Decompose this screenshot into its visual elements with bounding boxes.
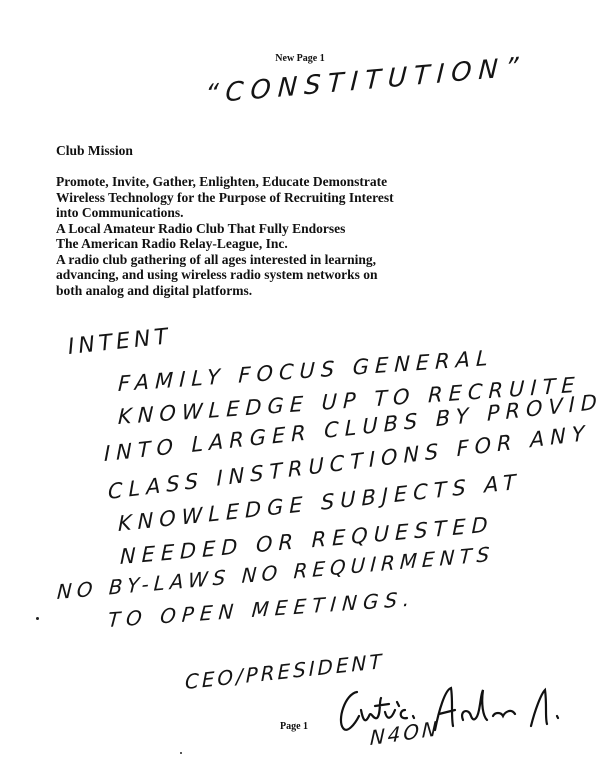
section-heading-club-mission: Club Mission [56,143,133,159]
handwritten-intent-label: INTENT [67,324,173,360]
mission-line: The American Radio Relay-League, Inc. [56,236,394,252]
mission-line: Promote, Invite, Gather, Enlighten, Educ… [56,174,394,190]
mission-line: into Communications. [56,205,394,221]
mission-line: A radio club gathering of all ages inter… [56,252,394,268]
scanned-document-page: New Page 1 “CONSTITUTION” Club Mission P… [0,0,600,777]
mission-line: A Local Amateur Radio Club That Fully En… [56,221,394,237]
scan-speck [180,752,182,754]
mission-line: advancing, and using wireless radio syst… [56,267,394,283]
mission-statement: Promote, Invite, Gather, Enlighten, Educ… [56,174,394,298]
mission-line: both analog and digital platforms. [56,283,394,299]
mission-line: Wireless Technology for the Purpose of R… [56,190,394,206]
page-footer-number: Page 1 [280,721,308,732]
scan-speck [36,617,39,620]
